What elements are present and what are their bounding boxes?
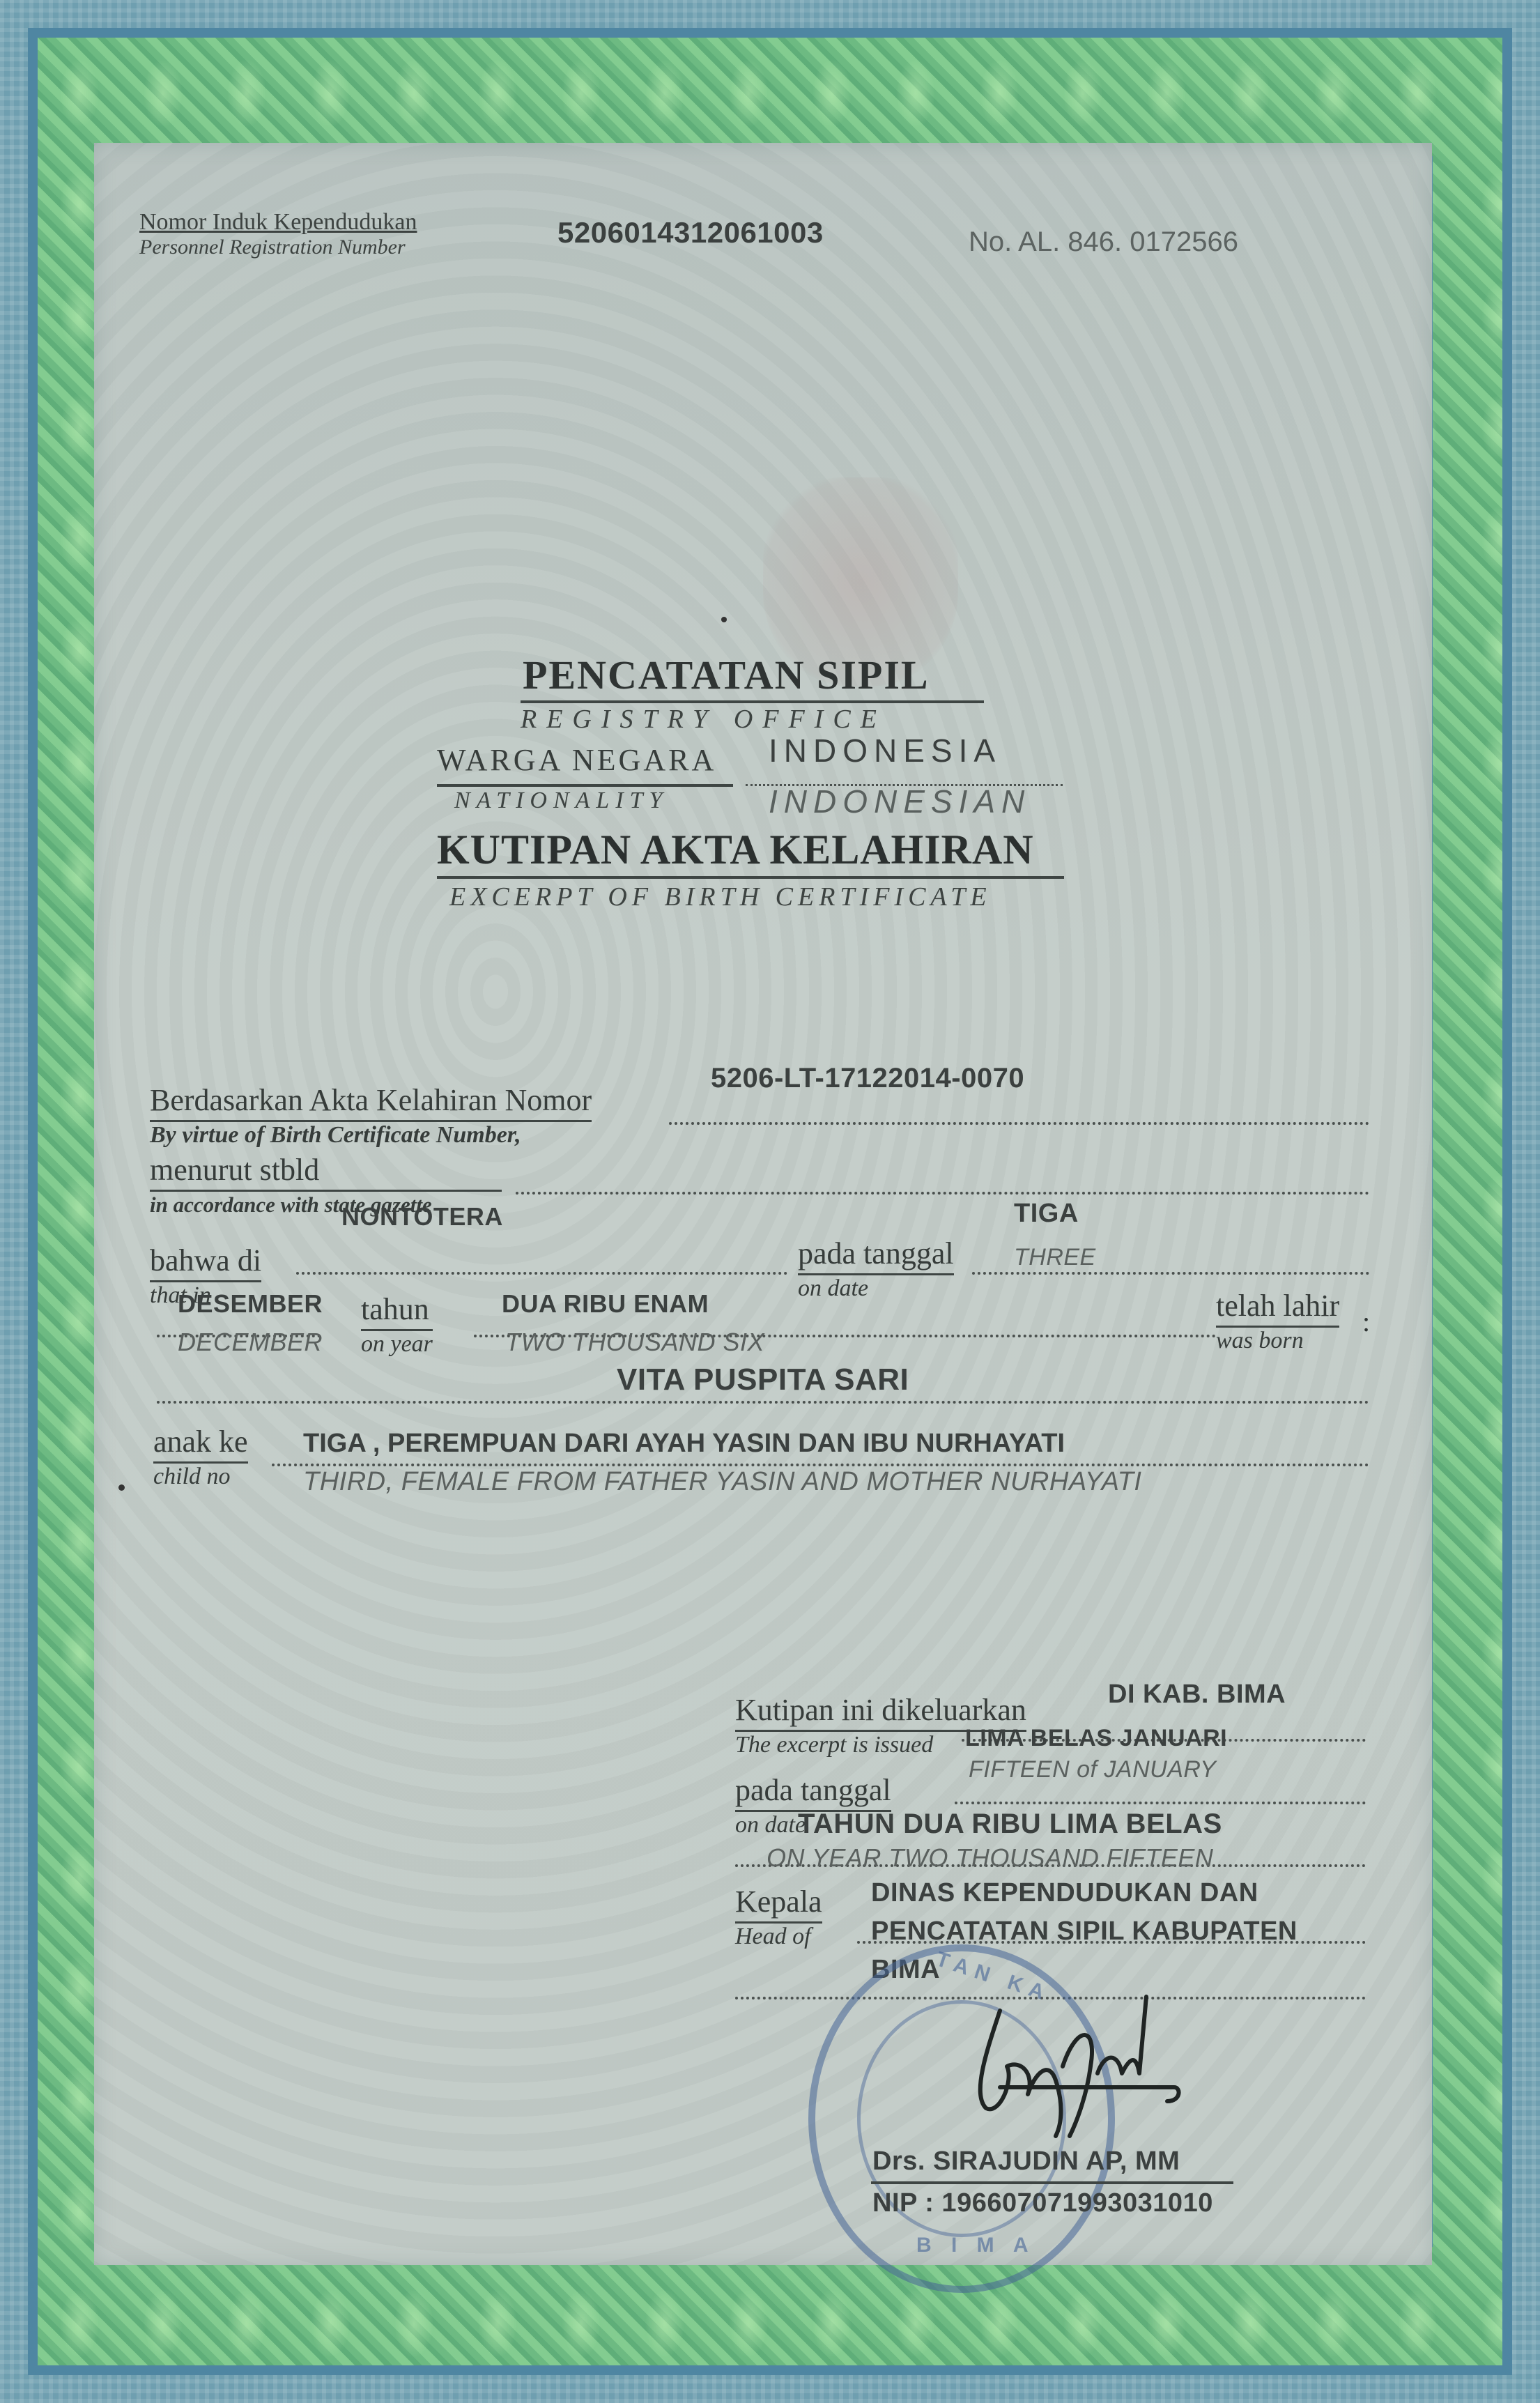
certificate-number-label-id: Berdasarkan Akta Kelahiran Nomor (150, 1084, 592, 1122)
birth-month-value-en: DECEMBER (178, 1328, 323, 1357)
signatory-name: Drs. SIRAJUDIN AP, MM (872, 2147, 1180, 2176)
year-label-en: on year (361, 1331, 433, 1358)
stbld-dots (516, 1192, 1369, 1195)
document-title-rule (437, 876, 1064, 879)
stbld-label-id: menurut stbld (150, 1153, 502, 1192)
issued-year-value-en: ON YEAR TWO THOUSAND FIFTEEN (767, 1843, 1213, 1873)
year-label-id: tahun (361, 1293, 433, 1331)
document-title-en: EXCERPT OF BIRTH CERTIFICATE (449, 882, 992, 912)
head-label-en: Head of (735, 1924, 822, 1950)
nationality-label-en: NATIONALITY (454, 788, 668, 814)
serial-number: No. AL. 846. 0172566 (969, 227, 1238, 258)
nationality-label-id: WARGA NEGARA (437, 742, 716, 778)
stamp-bottom-text: B I M A (916, 2234, 1035, 2257)
nik-value: 5206014312061003 (557, 216, 824, 249)
issued-date-dots (955, 1802, 1366, 1804)
certificate-number-dots (669, 1122, 1369, 1125)
document-title-id: KUTIPAN AKTA KELAHIRAN (437, 826, 1034, 874)
child-name: VITA PUSPITA SARI (617, 1362, 909, 1397)
born-colon: : (1362, 1305, 1370, 1338)
office-title-id: PENCATATAN SIPIL (523, 652, 930, 698)
child-no-label-en: child no (153, 1464, 248, 1490)
birth-year-value-en: TWO THOUSAND SIX (505, 1328, 764, 1357)
birth-day-value-id: TIGA (1014, 1199, 1079, 1229)
office-title-en: REGISTRY OFFICE (521, 704, 886, 735)
child-no-value-en: THIRD, FEMALE FROM FATHER YASIN AND MOTH… (303, 1467, 1141, 1497)
head-label-id: Kepala (735, 1885, 822, 1924)
dot-mark (721, 617, 727, 622)
nik-label-en: Personnel Registration Number (139, 236, 417, 259)
issued-year-value-id: TAHUN DUA RIBU LIMA BELAS (798, 1809, 1222, 1840)
born-label-en: was born (1216, 1328, 1339, 1354)
head-dots (857, 1941, 1366, 1944)
issued-date-value-id: LIMA BELAS JANUARI (965, 1725, 1227, 1752)
born-label-id: telah lahir (1216, 1289, 1339, 1328)
certificate-paper: Nomor Induk Kependudukan Personnel Regis… (94, 143, 1432, 2265)
nationality-rule (437, 784, 733, 787)
nationality-value-id: INDONESIA (769, 732, 1001, 769)
nik-label: Nomor Induk Kependudukan Personnel Regis… (139, 209, 417, 259)
child-name-dots (157, 1401, 1369, 1404)
certificate-number-label-en: By virtue of Birth Certificate Number, (150, 1122, 592, 1149)
issued-place-value: DI KAB. BIMA (1108, 1680, 1286, 1710)
issued-date-value-en: FIFTEEN of JANUARY (969, 1756, 1216, 1783)
certificate-number-value: 5206-LT-17122014-0070 (711, 1063, 1024, 1094)
birth-date-label-en: on date (798, 1275, 954, 1302)
office-title-rule (521, 700, 984, 703)
head-value-line1: DINAS KEPENDUDUKAN DAN (871, 1878, 1258, 1908)
issued-date-label-id: pada tanggal (735, 1774, 891, 1812)
birth-date-label-id: pada tanggal (798, 1237, 954, 1275)
birth-day-dots (972, 1272, 1369, 1275)
child-no-label-id: anak ke (153, 1425, 248, 1464)
child-no-value-id: TIGA , PEREMPUAN DARI AYAH YASIN DAN IBU… (303, 1429, 1065, 1459)
birth-day-value-en: THREE (1014, 1244, 1096, 1271)
nik-label-id: Nomor Induk Kependudukan (139, 209, 417, 236)
signatory-nip: NIP : 196607071993031010 (872, 2188, 1213, 2218)
child-no-dots (272, 1464, 1369, 1466)
signature-icon (958, 1983, 1195, 2143)
birth-year-value-id: DUA RIBU ENAM (502, 1289, 709, 1319)
birth-month-value-id: DESEMBER (178, 1289, 323, 1319)
signatory-rule (871, 2181, 1233, 2184)
place-value: NONTOTERA (341, 1202, 503, 1231)
dot-mark (118, 1484, 125, 1491)
nationality-value-en: INDONESIAN (769, 783, 1031, 820)
place-label-id: bahwa di (150, 1244, 261, 1282)
place-dots (296, 1272, 787, 1275)
